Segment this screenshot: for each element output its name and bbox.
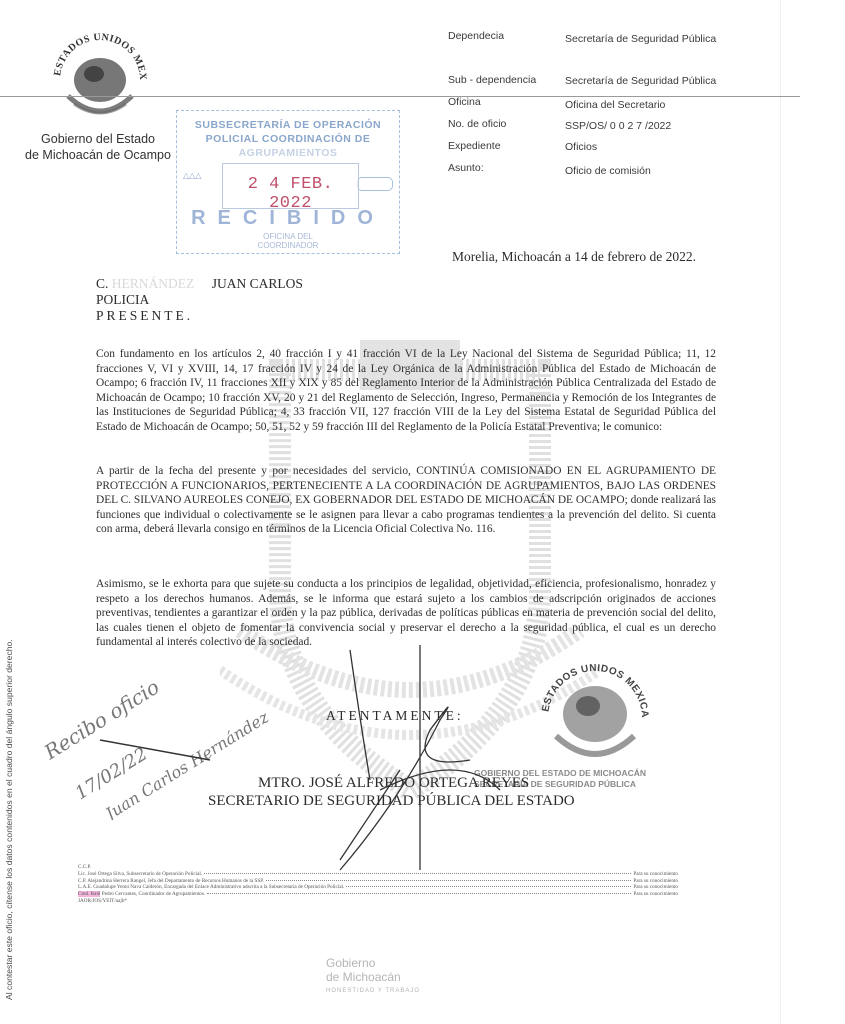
meta-value-asunto: Oficio de comisión: [565, 165, 651, 177]
addressee-name: JUAN CARLOS: [212, 276, 303, 291]
handwritten-line1: Recibo oficio: [40, 675, 164, 765]
ccp-entry-name: L.A.E. Guadalupe Yenni Nava Calderón, En…: [78, 884, 344, 891]
addressee-block: C. HERNÁNDEZJUAN CARLOS POLICIA PRESENTE…: [96, 276, 303, 324]
ccp-leader-dots: [204, 873, 631, 874]
meta-value-no-oficio: SSP/OS/ 0 0 2 7 /2022: [565, 120, 671, 132]
government-name-line2: de Michoacán de Ocampo: [18, 147, 178, 163]
ccp-reference: JAOR/JOS/YEIT/aajb*: [78, 898, 678, 905]
stamp-footer1: OFICINA DEL: [177, 232, 399, 241]
ccp-entry-purpose: Para su conocimiento: [633, 871, 678, 878]
stamp-received-label: RECIBIDO: [177, 207, 399, 230]
ccp-highlight: Cmd. Raúl: [78, 891, 100, 897]
ccp-entry-name: Lic. José Ortega Silva, Subsecretario de…: [78, 871, 202, 878]
meta-label-subdependencia: Sub - dependencia: [448, 74, 536, 86]
addressee-line: C. HERNÁNDEZJUAN CARLOS: [96, 276, 303, 292]
government-name: Gobierno del Estado de Michoacán de Ocam…: [18, 131, 178, 163]
addressee-redacted: HERNÁNDEZ: [112, 276, 212, 292]
ccp-leader-dots: [266, 880, 631, 881]
meta-label-asunto: Asunto:: [448, 162, 484, 174]
ccp-entry-purpose: Para su conocimiento: [633, 884, 678, 891]
meta-label-no-oficio: No. de oficio: [448, 118, 506, 130]
meta-value-subdependencia: Secretaría de Seguridad Pública: [565, 75, 716, 87]
footer-logo-tagline: HONESTIDAD Y TRABAJO: [326, 984, 420, 998]
page-edge: [780, 0, 781, 1024]
meta-label-expediente: Expediente: [448, 140, 501, 152]
stamp-logo-icon: △△△: [183, 171, 217, 191]
meta-label-dependencia: Dependecia: [448, 30, 504, 42]
handwritten-signature-icon: [320, 640, 520, 880]
ccp-entry-purpose: Para su conocimiento: [633, 878, 678, 885]
stamp-date-box: 2 4 FEB. 2022: [222, 163, 359, 209]
meta-label-oficina: Oficina: [448, 96, 481, 108]
ccp-entry: Cmd. Raúl Pedro Cervantes, Coordinador d…: [78, 891, 678, 898]
ccp-entry-purpose: Para su conocimiento: [633, 891, 678, 898]
meta-value-dependencia: Secretaría de Seguridad Pública: [565, 33, 716, 45]
header-divider: [0, 96, 800, 97]
paragraph-commission: A partir de la fecha del presente y por …: [96, 464, 716, 537]
ccp-entry: Lic. José Ortega Silva, Subsecretario de…: [78, 871, 678, 878]
ccp-entry: C.P. Alejandrina Herrera Rangel, Jefa de…: [78, 878, 678, 885]
ccp-leader-dots: [207, 893, 631, 894]
ccp-entry-name-rest: Pedro Cervantes, Coordinador de Agrupami…: [102, 891, 205, 897]
presente-label: PRESENTE.: [96, 308, 303, 324]
ccp-leader-dots: [346, 886, 631, 887]
official-seal-icon: ESTADOS UNIDOS MEXICANOS: [530, 648, 660, 768]
addressee-prefix: C.: [96, 276, 108, 291]
ccp-block: C.C.P. Lic. José Ortega Silva, Subsecret…: [78, 864, 678, 905]
government-name-line1: Gobierno del Estado: [18, 131, 178, 147]
stamp-badge-icon: [357, 177, 393, 191]
stamp-line1: SUBSECRETARÍA DE OPERACIÓN: [177, 119, 399, 131]
stamp-line3: AGRUPAMIENTOS: [177, 147, 399, 159]
mexican-coat-of-arms-icon: ESTADOS UNIDOS MEXICANOS: [44, 18, 156, 130]
meta-value-expediente: Oficios: [565, 141, 597, 153]
received-stamp: SUBSECRETARÍA DE OPERACIÓN POLICIAL COOR…: [176, 110, 400, 254]
paragraph-legal-basis: Con fundamento en los artículos 2, 40 fr…: [96, 347, 716, 435]
footer-logo-line1: Gobierno: [326, 956, 420, 970]
stamp-line2: POLICIAL COORDINACIÓN DE: [177, 133, 399, 145]
ccp-heading: C.C.P.: [78, 864, 678, 871]
side-instruction-note: Al contestar este oficio, cítense los da…: [4, 639, 14, 1000]
ccp-entry-name: C.P. Alejandrina Herrera Rangel, Jefa de…: [78, 878, 264, 885]
ccp-entry-name: Cmd. Raúl Pedro Cervantes, Coordinador d…: [78, 891, 205, 898]
handwritten-receipt-note: Recibo oficio 17/02/22 Juan Carlos Herná…: [40, 650, 270, 820]
footer-logo: Gobierno de Michoacán HONESTIDAD Y TRABA…: [326, 956, 420, 998]
ccp-entry: L.A.E. Guadalupe Yenni Nava Calderón, En…: [78, 884, 678, 891]
place-date: Morelia, Michoacán a 14 de febrero de 20…: [452, 249, 696, 265]
meta-value-oficina: Oficina del Secretario: [565, 99, 665, 111]
footer-logo-line2: de Michoacán: [326, 970, 420, 984]
addressee-role: POLICIA: [96, 292, 303, 308]
stamp-footer2: COORDINADOR: [177, 241, 399, 250]
